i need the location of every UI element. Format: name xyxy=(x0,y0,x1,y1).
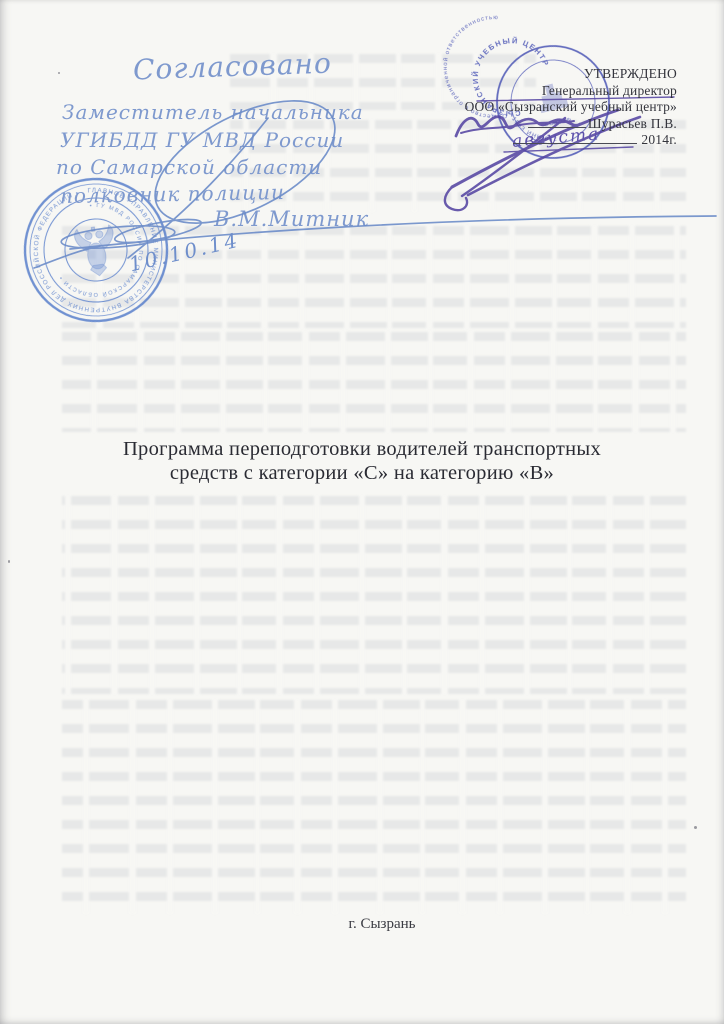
signature-line xyxy=(528,116,586,128)
city-line: г. Сызрань xyxy=(20,916,724,933)
director-title: Генеральный директор xyxy=(465,83,677,100)
approver-position-line: полковник полиции xyxy=(60,180,285,208)
bleed-through-text-block xyxy=(62,700,686,914)
date-year: 2014г. xyxy=(641,132,677,147)
approver-position-line: Заместитель начальника xyxy=(62,100,364,124)
date-row: 2014г. xyxy=(465,132,677,149)
approver-position-line: по Самарской области xyxy=(56,155,322,179)
scan-speck xyxy=(58,72,60,74)
bleed-through-text-block xyxy=(62,496,686,694)
agreed-heading: Согласовано xyxy=(132,47,332,87)
document-title: Программа переподготовки водителей транс… xyxy=(0,437,724,485)
scan-speck xyxy=(8,560,10,563)
title-line: Программа переподготовки водителей транс… xyxy=(0,437,724,461)
bleed-through-text-block xyxy=(62,332,686,432)
director-name: Шурасьев П.В. xyxy=(588,116,677,131)
scan-speck xyxy=(694,826,697,829)
title-line: средств с категории «С» на категорию «В» xyxy=(0,461,724,485)
signature-row: Шурасьев П.В. xyxy=(465,116,677,133)
approved-block: УТВЕРЖДЕНО Генеральный директор ООО «Сыз… xyxy=(465,66,677,149)
approved-heading: УТВЕРЖДЕНО xyxy=(465,66,677,83)
double-eagle-emblem-icon xyxy=(74,225,119,279)
approver-position-line: УГИБДД ГУ МВД России xyxy=(60,128,344,152)
date-line xyxy=(513,132,637,144)
company-name: ООО «Сызранский учебный центр» xyxy=(465,99,677,116)
scanned-document-page: ГЛАВНОЕ УПРАВЛЕНИЕ МИНИСТЕРСТВА ВНУТРЕНН… xyxy=(0,0,724,1024)
approver-name: В.М.Митник xyxy=(214,207,369,231)
